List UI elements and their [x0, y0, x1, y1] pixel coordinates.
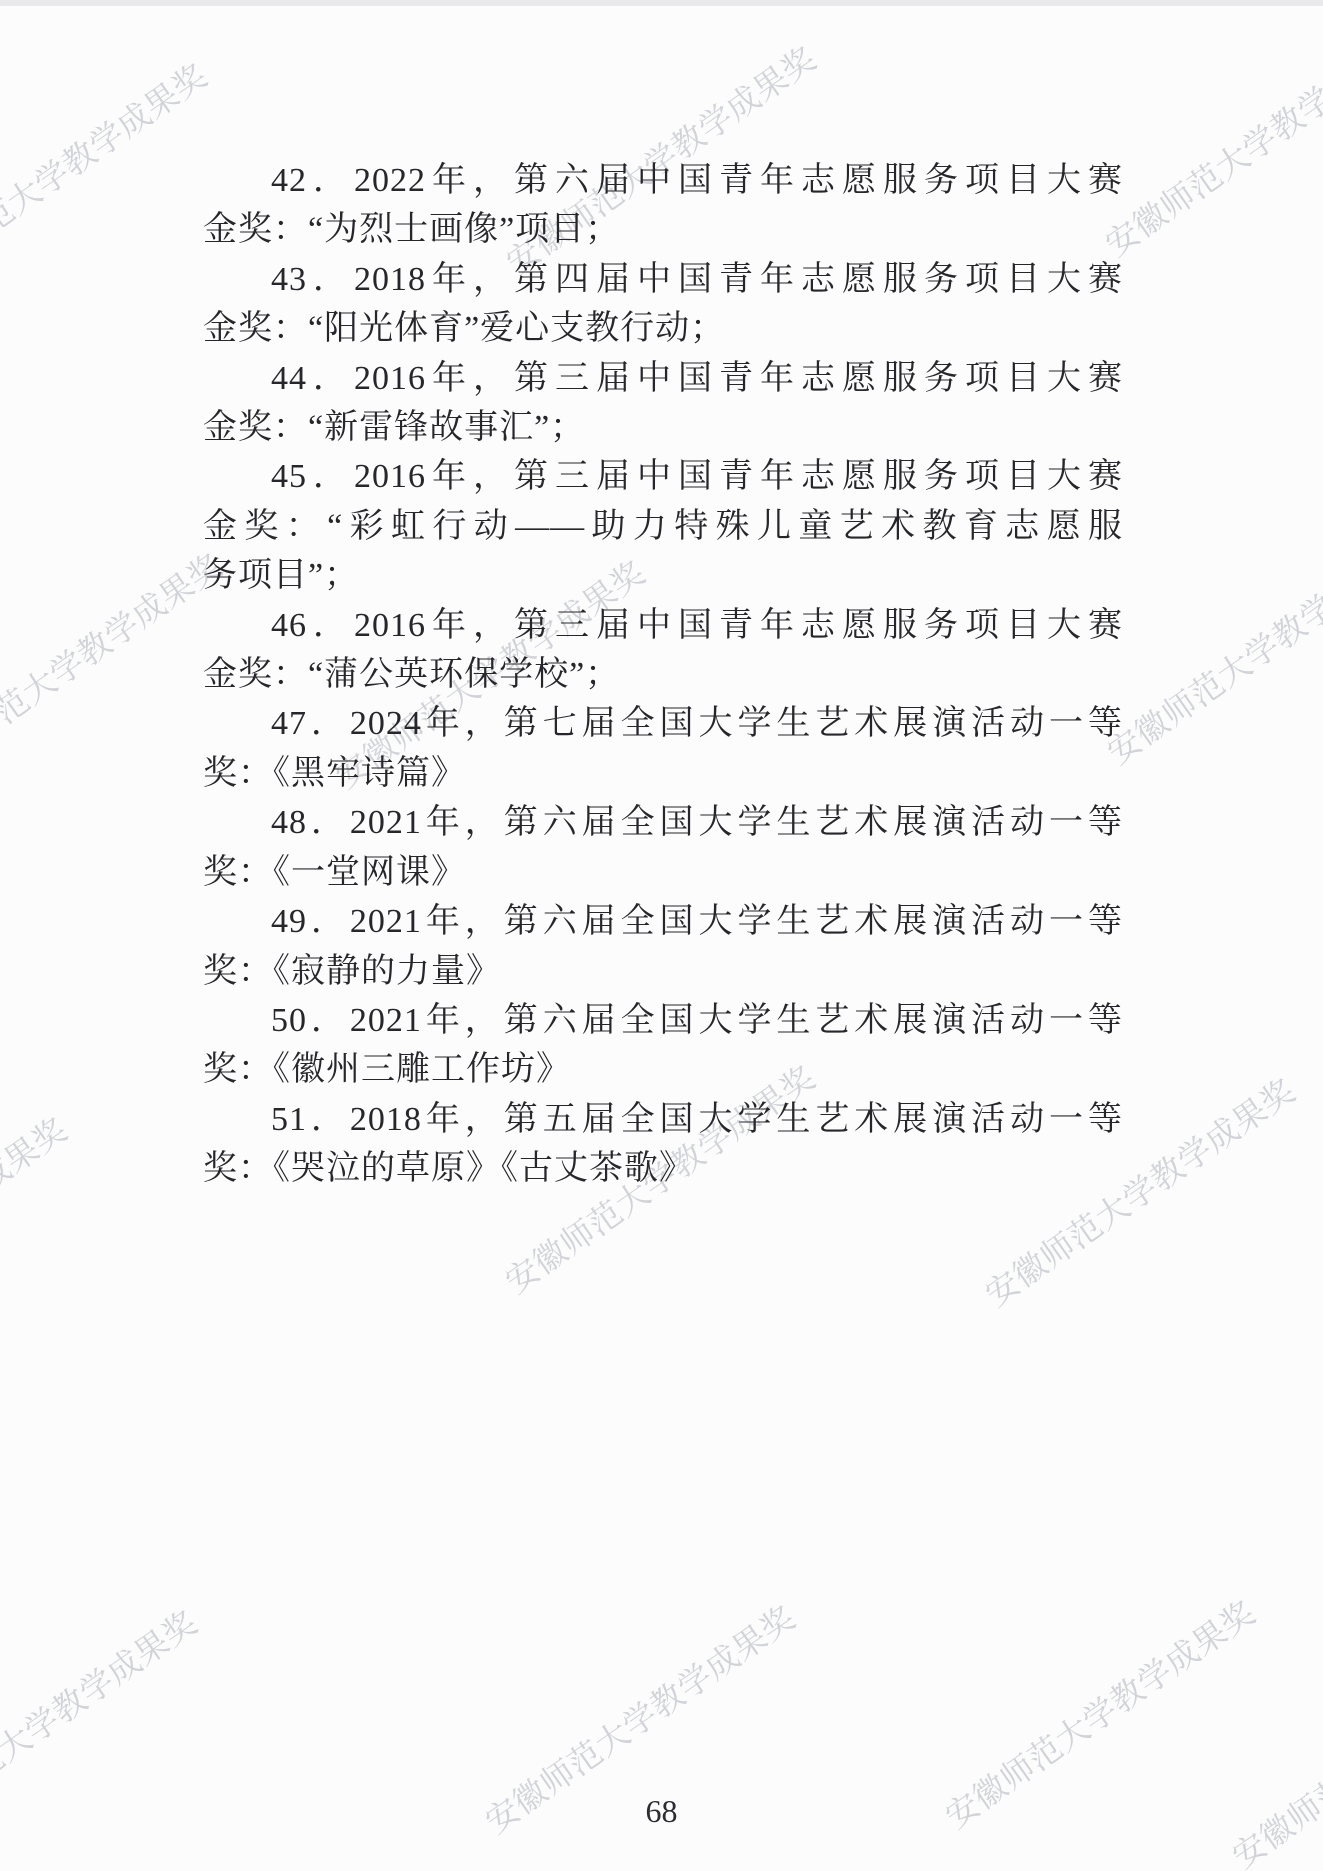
- watermark-text: 安徽师范大学教学成果奖: [0, 541, 230, 791]
- award-line: 金奖：“新雷锋故事汇”；: [203, 403, 1123, 452]
- watermark-text: 安徽师范大学教学成果奖: [0, 1105, 75, 1355]
- award-line: 金奖：“蒲公英环保学校”；: [203, 650, 1123, 699]
- award-line: 奖：《寂静的力量》: [203, 947, 1123, 996]
- document-page: 安徽师范大学教学成果奖安徽师范大学教学成果奖安徽师范大学教学成果奖安徽师范大学教…: [0, 0, 1323, 1871]
- award-line: 金奖：“为烈士画像”项目；: [203, 205, 1123, 254]
- award-line: 49．2021年，第六届全国大学生艺术展演活动一等: [203, 897, 1123, 946]
- award-line: 奖：《徽州三雕工作坊》: [203, 1045, 1123, 1094]
- award-line: 46．2016年，第三届中国青年志愿服务项目大赛: [203, 601, 1123, 650]
- award-line: 金奖：“彩虹行动——助力特殊儿童艺术教育志愿服: [203, 502, 1123, 551]
- page-number: 68: [0, 1793, 1323, 1830]
- scan-edge-artifact: [0, 0, 1323, 6]
- award-line: 奖：《一堂网课》: [203, 848, 1123, 897]
- watermark-text: 安徽师范大学教学成果奖: [0, 51, 215, 301]
- award-line: 51．2018年，第五届全国大学生艺术展演活动一等: [203, 1095, 1123, 1144]
- award-list: 42．2022年，第六届中国青年志愿服务项目大赛金奖：“为烈士画像”项目；43．…: [203, 156, 1123, 1194]
- watermark-text: 安徽师范大学教学成果奖: [1222, 1628, 1323, 1871]
- award-line: 47．2024年，第七届全国大学生艺术展演活动一等: [203, 699, 1123, 748]
- watermark-text: 安徽师范大学教学成果奖: [1097, 524, 1323, 774]
- award-line: 42．2022年，第六届中国青年志愿服务项目大赛: [203, 156, 1123, 205]
- watermark-text: 安徽师范大学教学成果奖: [1095, 16, 1323, 266]
- award-line: 奖：《哭泣的草原》《古丈茶歌》: [203, 1144, 1123, 1193]
- award-line: 43．2018年，第四届中国青年志愿服务项目大赛: [203, 255, 1123, 304]
- award-line: 金奖：“阳光体育”爱心支教行动；: [203, 304, 1123, 353]
- award-line: 44．2016年，第三届中国青年志愿服务项目大赛: [203, 354, 1123, 403]
- award-line: 45．2016年，第三届中国青年志愿服务项目大赛: [203, 452, 1123, 501]
- award-line: 48．2021年，第六届全国大学生艺术展演活动一等: [203, 798, 1123, 847]
- award-line: 50．2021年，第六届全国大学生艺术展演活动一等: [203, 996, 1123, 1045]
- award-line: 务项目”；: [203, 551, 1123, 600]
- award-line: 奖：《黑牢诗篇》: [203, 749, 1123, 798]
